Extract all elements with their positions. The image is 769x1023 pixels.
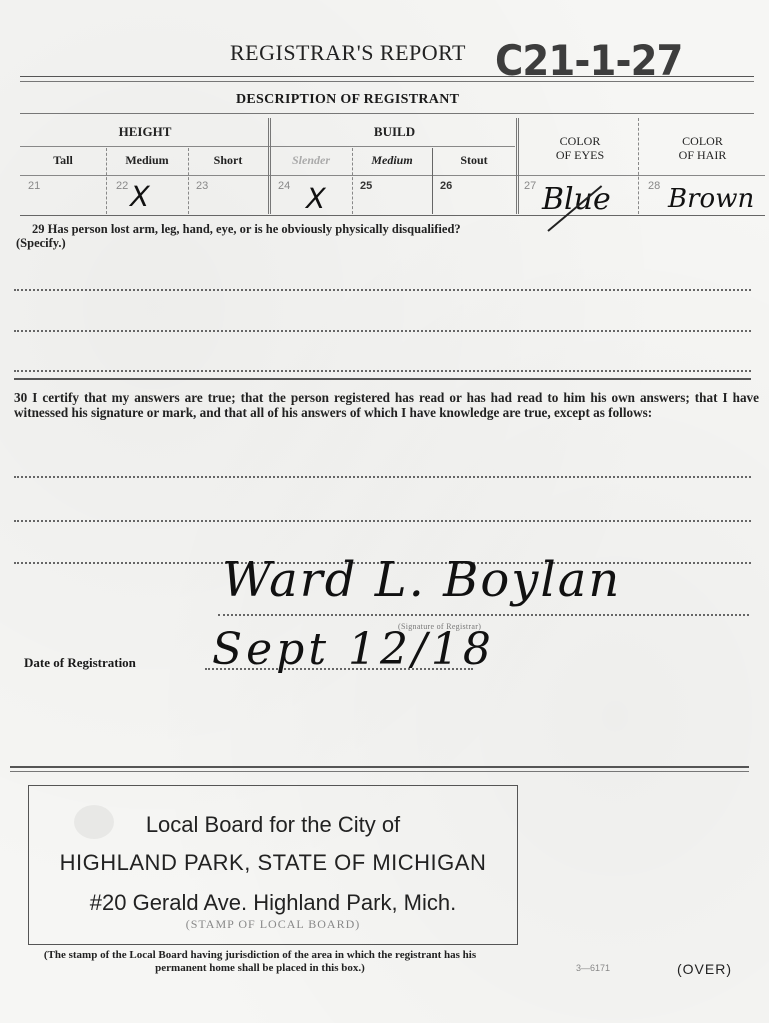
build-medium-label: Medium — [352, 153, 432, 168]
field-number-25: 25 — [360, 180, 372, 192]
field-number-26: 26 — [440, 180, 452, 192]
document-title: REGISTRAR'S REPORT — [230, 40, 466, 66]
hair-color-value: Brown — [668, 184, 754, 214]
height-tall-label: Tall — [20, 153, 106, 168]
build-group-header: BUILD — [272, 124, 517, 140]
column-header-rule — [20, 175, 765, 176]
over-indicator: (OVER) — [677, 961, 732, 977]
document-page: REGISTRAR'S REPORT C21-1-27 DESCRIPTION … — [0, 0, 769, 1023]
question-30-certification: 30 I certify that my answers are true; t… — [14, 390, 759, 420]
group-divider — [516, 118, 519, 214]
stamp-section-rule — [10, 766, 749, 768]
table-bottom-rule — [20, 215, 765, 216]
section-subtitle: DESCRIPTION OF REGISTRANT — [236, 92, 459, 108]
height-medium-checkmark: X — [126, 180, 152, 213]
field-number-21: 21 — [28, 180, 40, 192]
subtitle-rule — [20, 113, 754, 114]
question-29-text: 29 Has person lost arm, leg, hand, eye, … — [16, 222, 761, 236]
field-number-27: 27 — [524, 180, 536, 192]
build-slender-checkmark: X — [302, 182, 328, 215]
build-stout-label: Stout — [432, 153, 516, 168]
description-table: HEIGHT BUILD COLOR OF EYES COLOR OF HAIR… — [20, 118, 769, 216]
local-board-stamp-box: Local Board for the City of HIGHLAND PAR… — [28, 785, 518, 945]
field-number-22: 22 — [116, 180, 128, 192]
stamp-line-3: #20 Gerald Ave. Highland Park, Mich. — [29, 890, 517, 916]
eye-color-header-line1: COLOR — [520, 134, 640, 148]
stamp-instructions: (The stamp of the Local Board having jur… — [20, 949, 500, 975]
question-29: 29 Has person lost arm, leg, hand, eye, … — [16, 222, 761, 250]
stamp-caption: (STAMP OF LOCAL BOARD) — [29, 917, 517, 932]
field-number-24: 24 — [278, 180, 290, 192]
header-rule-top — [20, 76, 754, 77]
hair-color-header-line1: COLOR — [640, 134, 765, 148]
eye-color-header: COLOR OF EYES — [520, 134, 640, 162]
eye-color-header-line2: OF EYES — [520, 148, 640, 162]
question-29-specify: (Specify.) — [16, 236, 761, 250]
stamp-line-2: HIGHLAND PARK, STATE OF MICHIGAN — [29, 850, 517, 876]
answer-line-30-1 — [14, 476, 751, 478]
answer-line-29-3 — [14, 370, 751, 372]
field-number-28: 28 — [648, 180, 660, 192]
answer-line-30-2 — [14, 520, 751, 522]
file-number-stamp: C21-1-27 — [495, 36, 683, 85]
stamp-line-1: Local Board for the City of — [29, 812, 517, 838]
height-medium-label: Medium — [106, 153, 188, 168]
build-slender-label: Slender — [270, 153, 352, 168]
height-group-header: HEIGHT — [20, 124, 270, 140]
hair-color-header: COLOR OF HAIR — [640, 134, 765, 162]
stamp-section-rule-thin — [10, 771, 749, 772]
height-short-label: Short — [188, 153, 268, 168]
date-of-registration-value: Sept 12/18 — [212, 624, 495, 675]
field-number-23: 23 — [196, 180, 208, 192]
registrar-signature: Ward L. Boylan — [222, 552, 621, 608]
header-rule-bottom — [20, 81, 754, 82]
signature-line — [218, 614, 749, 616]
answer-line-29-1 — [14, 289, 751, 291]
section-rule — [14, 378, 751, 380]
form-number: 3—6171 — [576, 963, 610, 973]
answer-line-29-2 — [14, 330, 751, 332]
col-divider — [638, 118, 639, 214]
date-of-registration-label: Date of Registration — [24, 655, 136, 671]
hair-color-header-line2: OF HAIR — [640, 148, 765, 162]
